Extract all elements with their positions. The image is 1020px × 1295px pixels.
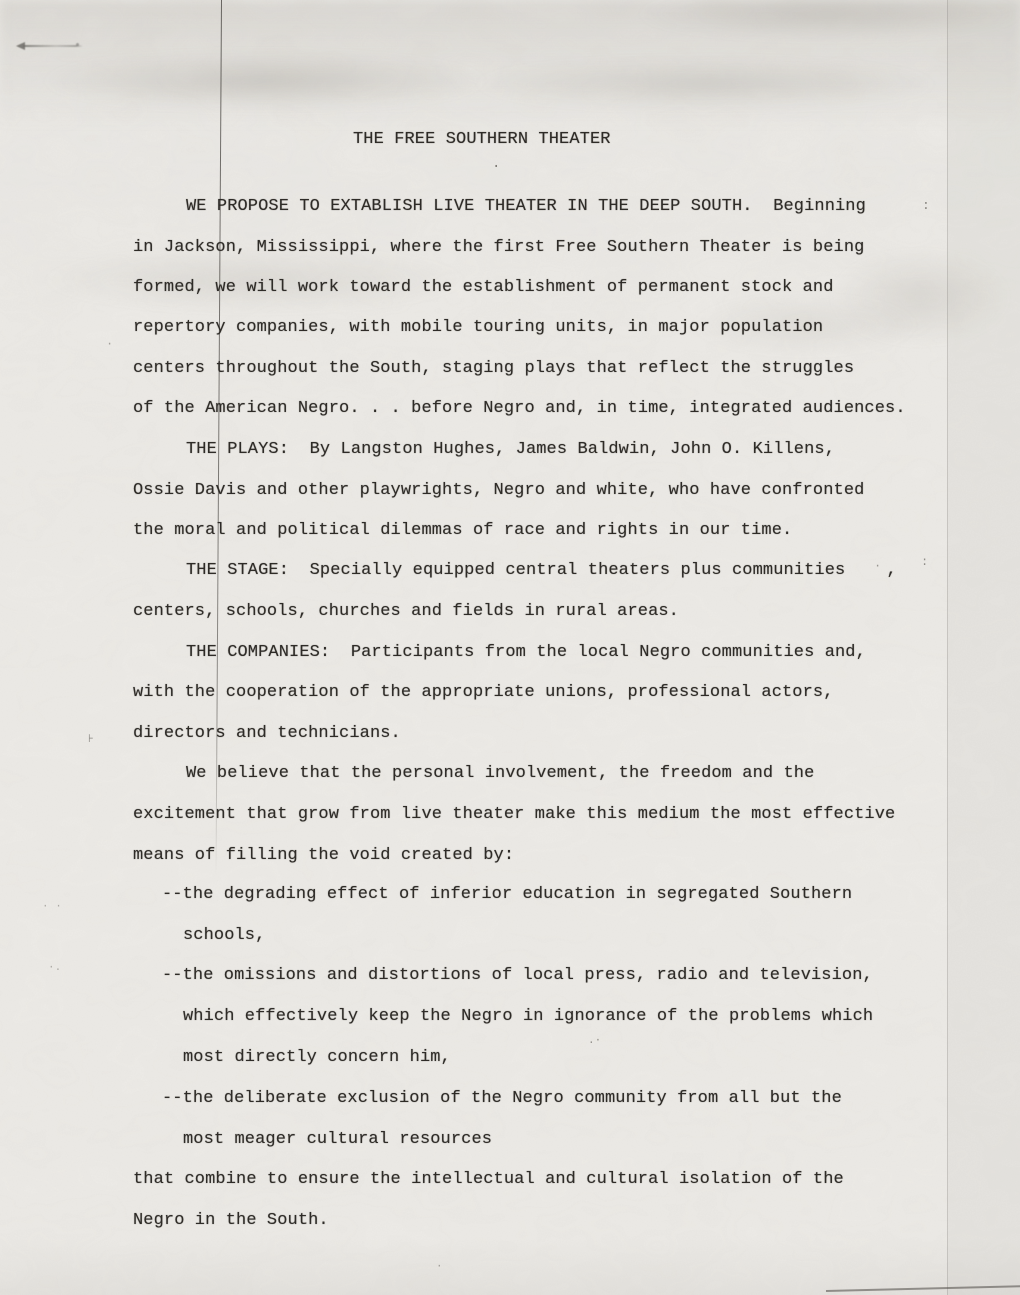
document-line: --the omissions and distortions of local… bbox=[162, 966, 873, 986]
document-line: THE COMPANIES: Participants from the loc… bbox=[186, 643, 866, 663]
scan-smudge bbox=[830, 250, 1010, 345]
document-line: in Jackson, Mississippi, where the first… bbox=[133, 238, 864, 258]
stray-ink-mark: · · bbox=[42, 902, 62, 913]
document-line: of the American Negro. . . before Negro … bbox=[133, 399, 906, 419]
scan-smudge bbox=[947, 0, 1020, 1295]
stray-ink-mark: · bbox=[436, 1262, 443, 1273]
stray-arrow-mark bbox=[16, 42, 88, 51]
arrow-shaft bbox=[23, 45, 83, 47]
stray-ink-mark: ·. bbox=[48, 963, 61, 974]
document-line: WE PROPOSE TO EXTABLISH LIVE THEATER IN … bbox=[186, 197, 866, 217]
stray-ink-mark: · bbox=[874, 560, 881, 572]
document-line: Negro in the South. bbox=[133, 1211, 329, 1231]
document-line: the moral and political dilemmas of race… bbox=[133, 521, 792, 541]
document-line: most meager cultural resources bbox=[183, 1130, 492, 1150]
stray-ink-mark: · bbox=[106, 338, 113, 350]
scan-smudge bbox=[0, 0, 1020, 130]
document-line: centers, schools, churches and fields in… bbox=[133, 602, 679, 622]
scan-edge-line bbox=[947, 0, 948, 1295]
scanned-document-page: THE FREE SOUTHERN THEATER WE PROPOSE TO … bbox=[0, 0, 1020, 1295]
document-line: --the deliberate exclusion of the Negro … bbox=[162, 1089, 842, 1109]
document-line: excitement that grow from live theater m… bbox=[133, 805, 895, 825]
document-line: means of filling the void created by: bbox=[133, 846, 514, 866]
document-line: schools, bbox=[183, 926, 265, 946]
document-line: Ossie Davis and other playwrights, Negro… bbox=[133, 481, 864, 501]
scan-smudge bbox=[0, 1238, 1020, 1295]
document-line: THE PLAYS: By Langston Hughes, James Bal… bbox=[186, 440, 835, 460]
scan-smudge bbox=[40, 52, 490, 110]
document-line: centers throughout the South, staging pl… bbox=[133, 359, 854, 379]
stray-ink-mark: · bbox=[791, 1172, 798, 1183]
stray-ink-mark: : bbox=[921, 556, 928, 568]
document-line: repertory companies, with mobile touring… bbox=[133, 318, 823, 338]
arrow-dot bbox=[76, 43, 79, 46]
stray-ink-mark: .· bbox=[588, 1036, 601, 1047]
document-line: --the degrading effect of inferior educa… bbox=[162, 885, 852, 905]
document-line: that combine to ensure the intellectual … bbox=[133, 1170, 844, 1190]
stray-ink-mark: ⊦ bbox=[88, 735, 94, 746]
scan-bottom-line bbox=[826, 1285, 1020, 1292]
document-line: formed, we will work toward the establis… bbox=[133, 278, 834, 298]
stray-ink-mark: : bbox=[922, 199, 930, 212]
scan-smudge bbox=[640, 0, 1020, 38]
scan-smudge bbox=[470, 58, 940, 110]
document-line: with the cooperation of the appropriate … bbox=[133, 683, 834, 703]
stray-ink-mark: · bbox=[492, 160, 500, 174]
document-title: THE FREE SOUTHERN THEATER bbox=[353, 130, 611, 150]
document-line: THE STAGE: Specially equipped central th… bbox=[186, 561, 897, 581]
document-line: most directly concern him, bbox=[183, 1048, 451, 1068]
document-line: which effectively keep the Negro in igno… bbox=[183, 1007, 873, 1027]
document-line: We believe that the personal involvement… bbox=[186, 764, 814, 784]
document-line: directors and technicians. bbox=[133, 724, 401, 744]
